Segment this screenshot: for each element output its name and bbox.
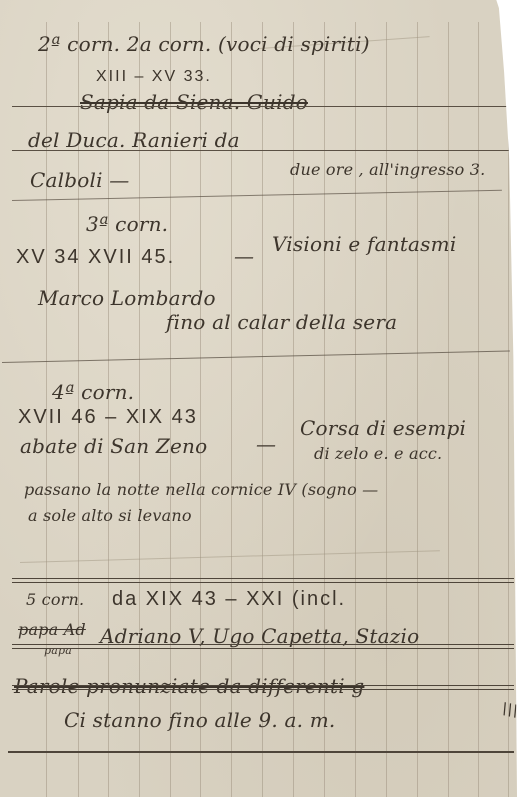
- cornice-2-line4: Calboli —: [30, 168, 129, 192]
- cornice-2-line1: 2ª corn. 2a corn. (voci di spiriti): [38, 32, 370, 56]
- cornice-4-line3: passano la notte nella cornice IV (sogno…: [24, 480, 378, 499]
- horizontal-rule: [12, 106, 517, 107]
- double-horizontal-rule: [12, 685, 514, 690]
- cornice-4-line2: abate di San Zeno: [20, 434, 207, 458]
- paper-crease: [20, 550, 440, 563]
- cornice-2-line2: Sapia da Siena. Guido: [80, 90, 308, 114]
- cornice-3-dash: —: [234, 244, 254, 268]
- cornice-2-verses: XIII – XV 33.: [96, 68, 212, 86]
- vertical-rule: [448, 22, 449, 797]
- vertical-rule: [417, 22, 418, 797]
- cornice-4-heading: 4ª corn.: [52, 380, 134, 404]
- cornice-5-heading: 5 corn.: [26, 590, 84, 609]
- vertical-rule: [478, 22, 479, 797]
- cornice-5-verses: da XIX 43 – XXI (incl.: [112, 588, 346, 611]
- cornice-3-theme: Visioni e fantasmi: [272, 232, 456, 256]
- cornice-4-dash: —: [256, 432, 276, 456]
- cornice-4-line4: a sole alto si levano: [28, 506, 192, 525]
- cornice-5-line4: Ci stanno fino alle 9. a. m.: [64, 708, 335, 732]
- double-horizontal-rule: [12, 644, 514, 649]
- horizontal-rule: [8, 751, 514, 753]
- cornice-3-heading: 3ª corn.: [86, 212, 168, 236]
- manuscript-page: 2ª corn. 2a corn. (voci di spiriti) XIII…: [0, 0, 517, 797]
- horizontal-rule: [12, 150, 517, 151]
- double-horizontal-rule: [12, 578, 514, 583]
- vertical-rule: [508, 22, 509, 797]
- vertical-rule: [386, 22, 387, 797]
- margin-marks: \\\: [500, 699, 517, 721]
- cornice-3-verses: XV 34 XVII 45.: [16, 246, 175, 269]
- cornice-3-line3: fino al calar della sera: [166, 310, 397, 334]
- cornice-4-theme-line1: Corsa di esempi: [300, 416, 466, 440]
- cornice-2-note: due ore , all'ingresso 3.: [290, 160, 485, 179]
- cornice-4-theme-line2: di zelo e. e acc.: [314, 444, 442, 463]
- cornice-2-line3: del Duca. Ranieri da: [28, 128, 240, 152]
- cornice-4-verses: XVII 46 – XIX 43: [18, 406, 198, 429]
- cornice-3-line2: Marco Lombardo: [38, 286, 216, 310]
- cornice-5-struck-text: papa Ad: [18, 620, 86, 639]
